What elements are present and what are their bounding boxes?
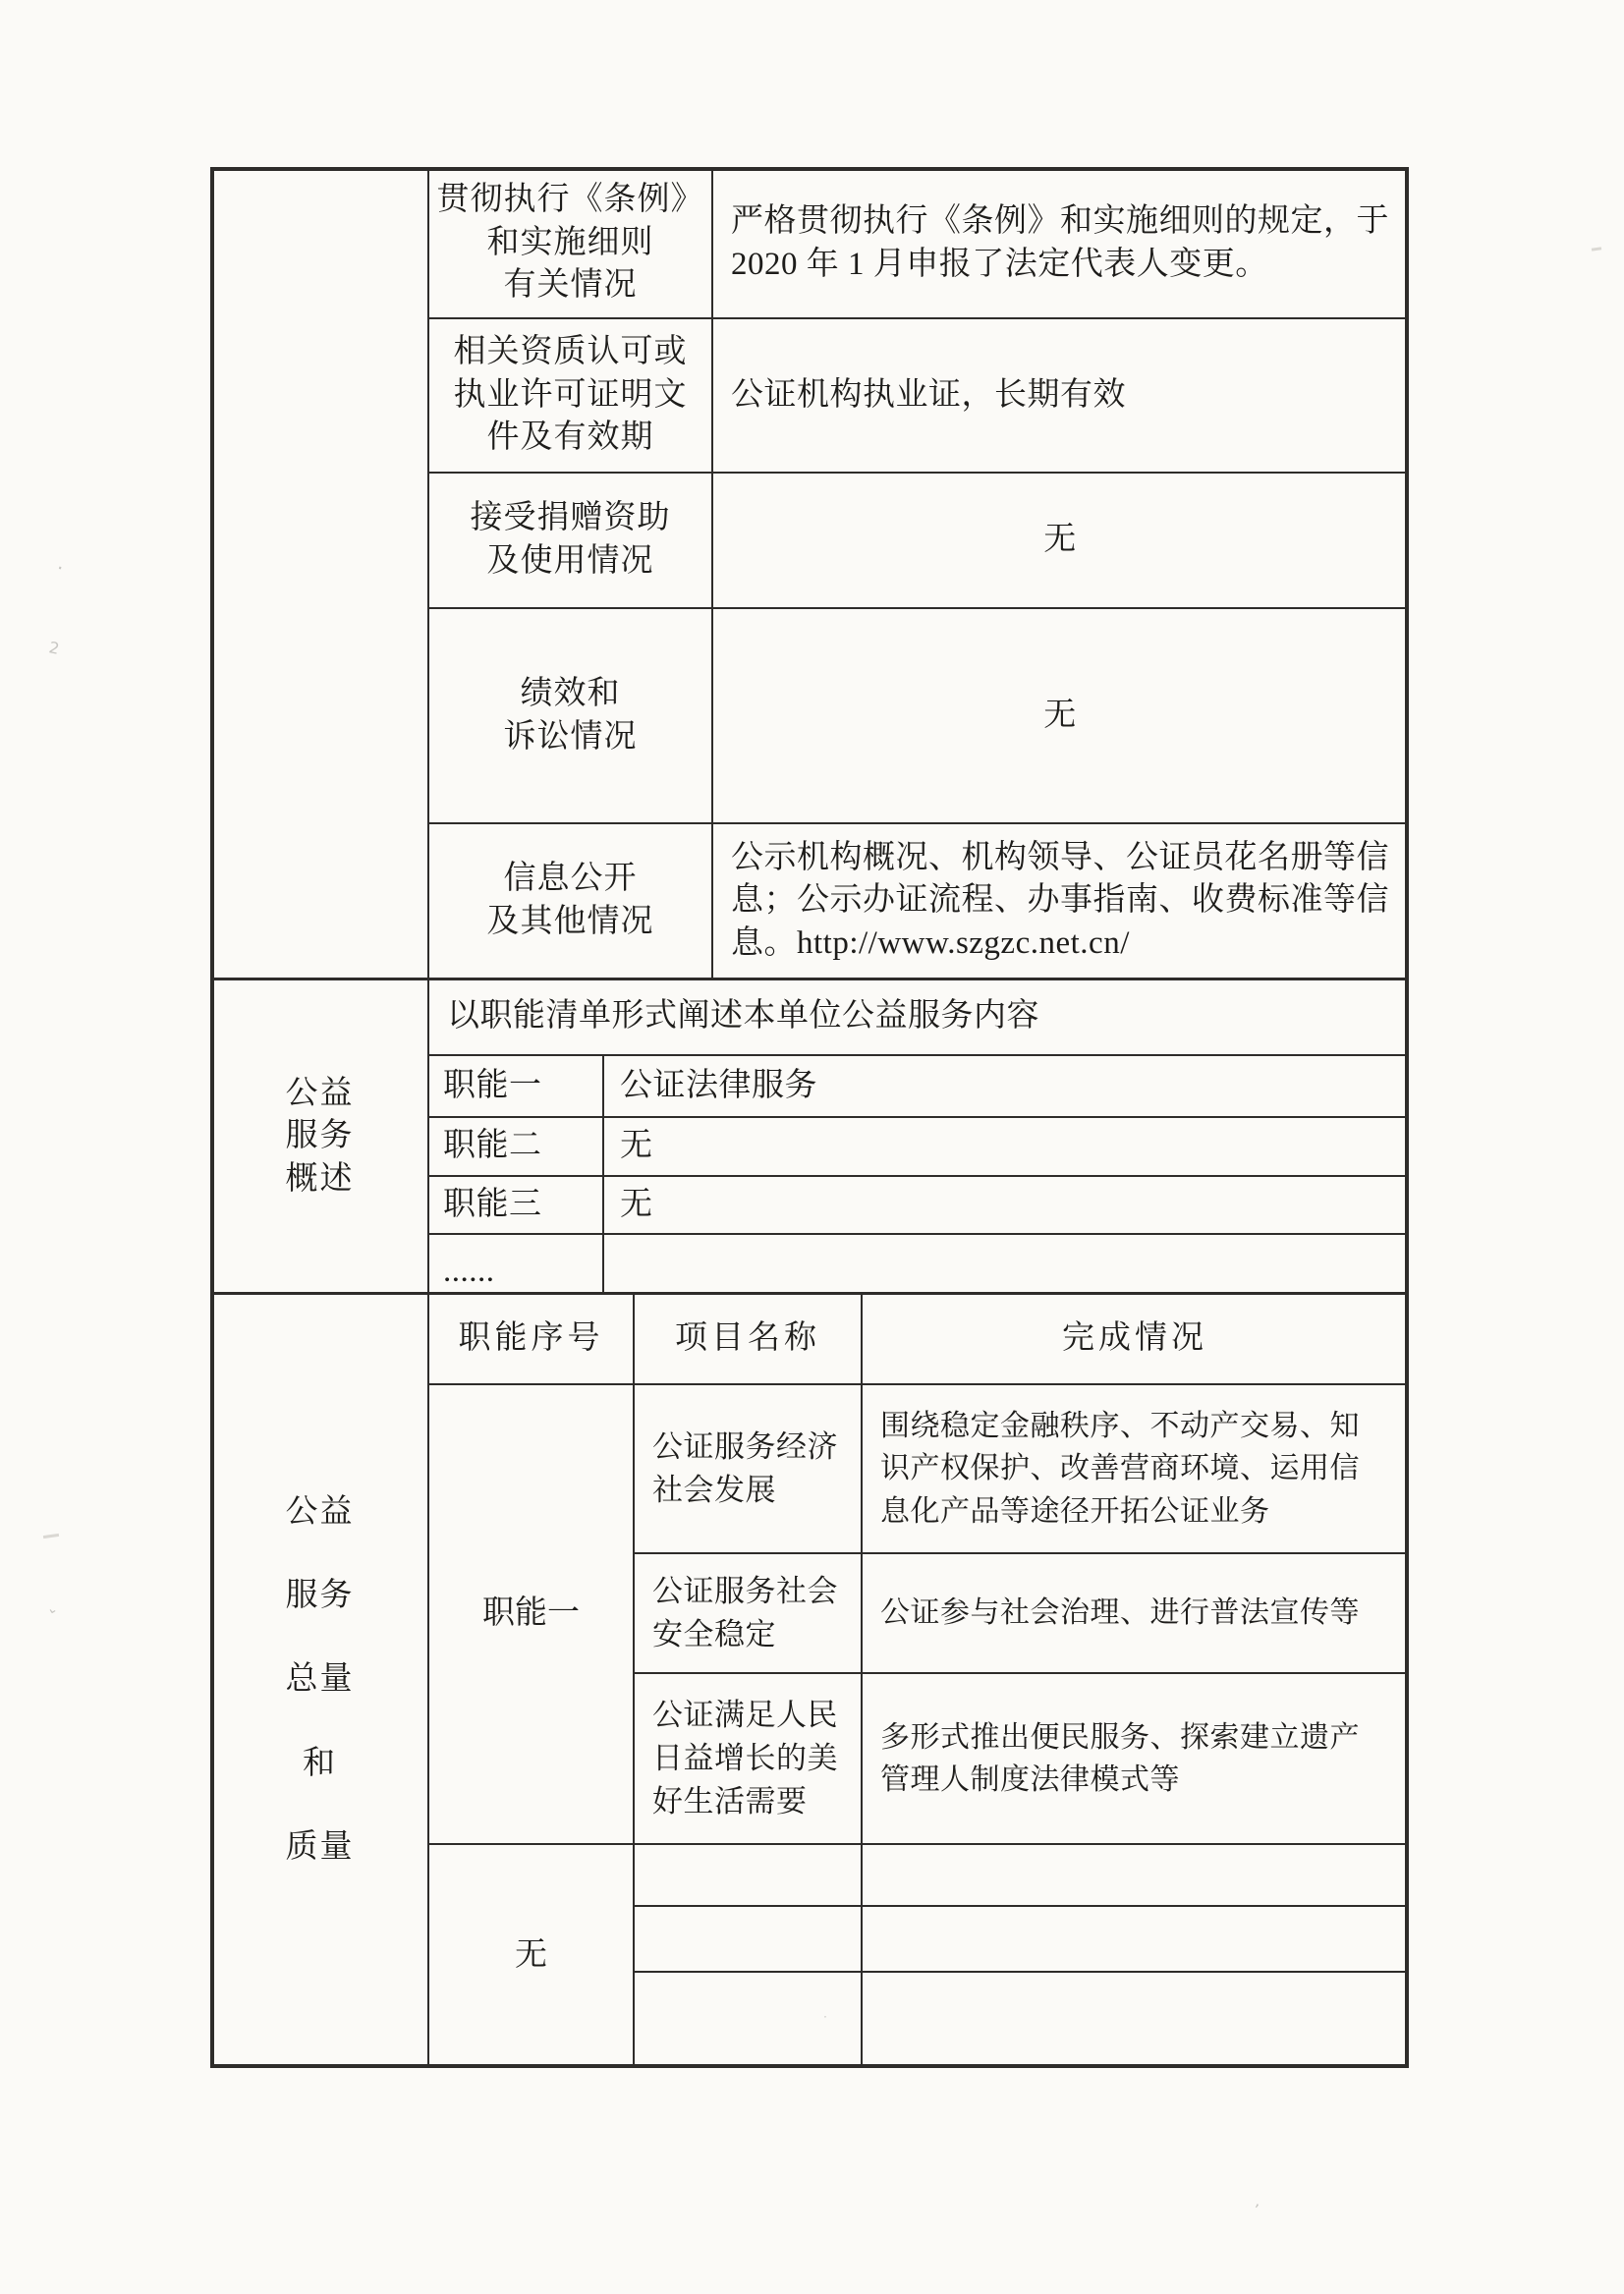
group2-function-cell: 无 [429, 1845, 635, 2066]
project1-name: 公证服务经济 社会发展 [635, 1385, 863, 1554]
function-ellipsis-value [604, 1235, 1407, 1294]
public-service-overview-header: 公益 服务 概述 [212, 979, 429, 1294]
performance-litigation-label: 绩效和 诉讼情况 [429, 609, 713, 824]
function3-label: 职能三 [429, 1177, 604, 1235]
performance-litigation-value: 无 [713, 609, 1407, 824]
section-divider-line [212, 1292, 1407, 1295]
column-header-completion: 完成情况 [863, 1294, 1407, 1385]
empty-project-row3-name [635, 1973, 863, 2066]
section1-left-spanner-cell [212, 169, 429, 979]
function3-value: 无 [604, 1177, 1407, 1235]
scan-smudge [43, 1534, 59, 1539]
function-ellipsis-label: ...... [429, 1235, 604, 1294]
regulation-compliance-label: 贯彻执行《条例》 和实施细则 有关情况 [429, 169, 713, 319]
scan-smudge: ⌄ [45, 1600, 60, 1618]
empty-project-row2-completion [863, 1907, 1407, 1973]
overview-intro-cell: 以职能清单形式阐述本单位公益服务内容 [429, 979, 1407, 1056]
report-table: 贯彻执行《条例》 和实施细则 有关情况 严格贯彻执行《条例》和实施细则的规定，于… [212, 169, 1407, 2066]
column-header-project-name: 项目名称 [635, 1294, 863, 1385]
donations-label: 接受捐赠资助 及使用情况 [429, 474, 713, 609]
empty-project-row2-name [635, 1907, 863, 1973]
function1-value: 公证法律服务 [604, 1056, 1407, 1118]
scan-smudge: · [55, 556, 66, 581]
function1-label: 职能一 [429, 1056, 604, 1118]
project3-name: 公证满足人民 日益增长的美 好生活需要 [635, 1674, 863, 1845]
regulation-compliance-value: 严格贯彻执行《条例》和实施细则的规定，于 2020 年 1 月申报了法定代表人变… [713, 169, 1407, 319]
empty-project-row1-completion [863, 1845, 1407, 1907]
information-disclosure-value: 公示机构概况、机构领导、公证员花名册等信 息；公示办证流程、办事指南、收费标准等… [713, 824, 1407, 979]
service-volume-quality-header: 公益 服务 总量 和 质量 [212, 1294, 429, 2066]
scan-smudge [1592, 247, 1601, 251]
project2-completion: 公证参与社会治理、进行普法宣传等 [863, 1554, 1407, 1674]
project2-name: 公证服务社会 安全稳定 [635, 1554, 863, 1674]
information-disclosure-label: 信息公开 及其他情况 [429, 824, 713, 979]
function2-value: 无 [604, 1118, 1407, 1177]
group1-function-cell: 职能一 [429, 1385, 635, 1845]
section-divider-line [212, 978, 1407, 980]
scan-smudge: 2 [47, 638, 61, 658]
scanned-document-page: 贯彻执行《条例》 和实施细则 有关情况 严格贯彻执行《条例》和实施细则的规定，于… [0, 0, 1624, 2294]
qualification-license-label: 相关资质认可或 执业许可证明文 件及有效期 [429, 319, 713, 474]
column-header-function-seq: 职能序号 [429, 1294, 635, 1385]
scan-smudge: ’ [1252, 2201, 1260, 2220]
project3-completion: 多形式推出便民服务、探索建立遗产 管理人制度法律模式等 [863, 1674, 1407, 1845]
empty-project-row3-completion [863, 1973, 1407, 2066]
donations-value: 无 [713, 474, 1407, 609]
function2-label: 职能二 [429, 1118, 604, 1177]
project1-completion: 围绕稳定金融秩序、不动产交易、知 识产权保护、改善营商环境、运用信 息化产品等途… [863, 1385, 1407, 1554]
empty-project-row1-name [635, 1845, 863, 1907]
qualification-license-value: 公证机构执业证，长期有效 [713, 319, 1407, 474]
